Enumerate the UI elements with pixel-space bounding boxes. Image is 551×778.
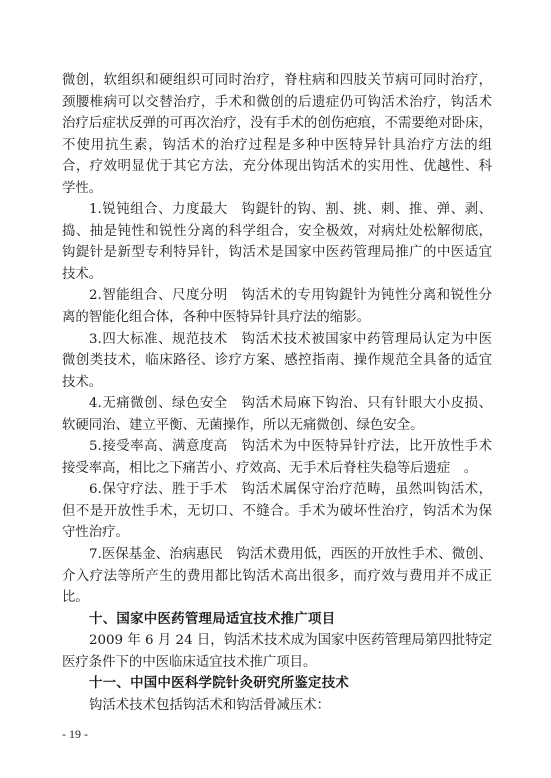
section-heading: 十一、中国中医科学院针灸研究所鉴定技术	[62, 673, 492, 695]
text-line: 离的智能化组合体，各种中医特异针具疗法的缩影。	[62, 307, 492, 329]
text-line: 守性治疗。	[62, 522, 492, 544]
text-line: 5.接受率高、满意度高 钩活术为中医特异针疗法，比开放性手术	[62, 436, 492, 458]
text-line: 技术。	[62, 372, 492, 394]
text-line: 医疗条件下的中医临床适宜技术推广项目。	[62, 652, 492, 674]
text-line: 治疗后症状反弹的可再次治疗，没有手术的创伤疤痕，不需要绝对卧床，	[62, 113, 492, 135]
page-number: - 19 -	[62, 727, 88, 742]
text-line: 3.四大标准、规范技术 钩活术技术被国家中药管理局认定为中医	[62, 329, 492, 351]
text-line: 4.无痛微创、绿色安全 钩活术局麻下钩治、只有针眼大小皮损、	[62, 393, 492, 415]
section-heading: 十、国家中医药管理局适宜技术推广项目	[62, 609, 492, 631]
text-line: 学性。	[62, 178, 492, 200]
text-line: 钩鍉针是新型专利特异针，钩活术是国家中医药管理局推广的中医适宜	[62, 242, 492, 264]
text-line: 微创，软组织和硬组织可同时治疗，脊柱病和四肢关节病可同时治疗，	[62, 70, 492, 92]
text-line: 比。	[62, 587, 492, 609]
text-line: 微创类技术，临床路径、诊疗方案、感控指南、操作规范全具备的适宜	[62, 350, 492, 372]
text-line: 但不是开放性手术，无切口、不缝合。手术为破坏性治疗，钩活术为保	[62, 501, 492, 523]
text-line: 7.医保基金、治病惠民 钩活术费用低，西医的开放性手术、微创、	[62, 544, 492, 566]
text-line: 捣、抽是钝性和锐性分离的科学组合，安全极效，对病灶处松解彻底，	[62, 221, 492, 243]
text-line: 软硬同治、建立平衡、无菌操作，所以无痛微创、绿色安全。	[62, 415, 492, 437]
text-line: 钩活术技术包括钩活术和钩活骨减压术：	[62, 695, 492, 717]
text-line: 接受率高，相比之下痛苦小、疗效高、无手术后脊柱失稳等后遗症 。	[62, 458, 492, 480]
text-line: 6.保守疗法、胜于手术 钩活术属保守治疗范畴，虽然叫钩活术，	[62, 479, 492, 501]
text-line: 1.锐钝组合、力度最大 钩鍉针的钩、割、挑、刺、推、弹、剥、	[62, 199, 492, 221]
text-line: 介入疗法等所产生的费用都比钩活术高出很多，而疗效与费用并不成正	[62, 566, 492, 588]
text-line: 不使用抗生素，钩活术的治疗过程是多种中医特异针具治疗方法的组	[62, 135, 492, 157]
text-line: 2.智能组合、尺度分明 钩活术的专用钩鍉针为钝性分离和锐性分	[62, 285, 492, 307]
text-line: 2009 年 6 月 24 日，钩活术技术成为国家中医药管理局第四批特定	[62, 630, 492, 652]
text-line: 技术。	[62, 264, 492, 286]
text-line: 合，疗效明显优于其它方法，充分体现出钩活术的实用性、优越性、科	[62, 156, 492, 178]
body-text: 微创，软组织和硬组织可同时治疗，脊柱病和四肢关节病可同时治疗，颈腰椎病可以交替治…	[62, 70, 492, 716]
document-page: 微创，软组织和硬组织可同时治疗，脊柱病和四肢关节病可同时治疗，颈腰椎病可以交替治…	[0, 0, 551, 778]
text-line: 颈腰椎病可以交替治疗，手术和微创的后遗症仍可钩活术治疗，钩活术	[62, 92, 492, 114]
